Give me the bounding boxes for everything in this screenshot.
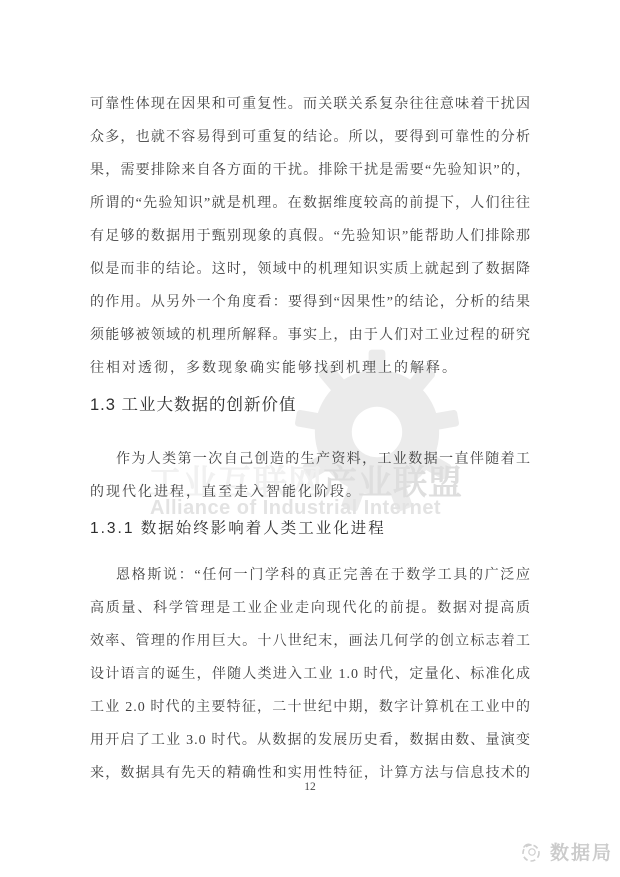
brand-name: 数据局 bbox=[550, 838, 613, 865]
text-line: 效率、管理的作用巨大。十八世纪末，画法几何学的创立标志着工程 bbox=[90, 625, 531, 658]
paragraph-engels: 恩格斯说：“任何一门学科的真正完善在于数学工具的广泛应用。” 高质量、科学管理是… bbox=[90, 559, 531, 790]
databureau-logo-icon bbox=[519, 840, 543, 864]
text-line: 所谓的“先验知识”就是机理。在数据维度较高的前提下，人们往往没 bbox=[90, 187, 531, 220]
text-line: 用开启了工业 3.0 时代。从数据的发展历史看，数据由数、量演变而 bbox=[90, 724, 531, 757]
text-line: 恩格斯说：“任何一门学科的真正完善在于数学工具的广泛应用。” bbox=[90, 559, 531, 592]
page-content: 可靠性体现在因果和可重复性。而关联关系复杂往往意味着干扰因素 众多，也就不容易得… bbox=[90, 88, 531, 790]
text-line: 的现代化进程，直至走入智能化阶段。 bbox=[90, 476, 531, 509]
text-line: 的作用。从另外一个角度看：要得到“因果性”的结论，分析的结果必 bbox=[90, 286, 531, 319]
text-line: 作为人类第一次自己创造的生产资料，工业数据一直伴随着工业 bbox=[90, 443, 531, 476]
document-page: 工业互联网产业联盟 Alliance of Industrial Interne… bbox=[0, 0, 620, 877]
brand-logo: 数据局 bbox=[519, 838, 613, 865]
text-line: 往相对透彻，多数现象确实能够找到机理上的解释。 bbox=[90, 352, 531, 385]
text-line: 可靠性体现在因果和可重复性。而关联关系复杂往往意味着干扰因素 bbox=[90, 88, 531, 121]
text-line: 果，需要排除来自各方面的干扰。排除干扰是需要“先验知识”的，而 bbox=[90, 154, 531, 187]
section-heading-1-3-1: 1.3.1 数据始终影响着人类工业化进程 bbox=[90, 517, 531, 541]
section-heading-1-3: 1.3 工业大数据的创新价值 bbox=[90, 393, 531, 417]
text-line: 众多，也就不容易得到可重复的结论。所以，要得到可靠性的分析结 bbox=[90, 121, 531, 154]
text-line: 工业 2.0 时代的主要特征，二十世纪中期，数字计算机在工业中的应 bbox=[90, 691, 531, 724]
text-line: 设计语言的诞生，伴随人类进入工业 1.0 时代，定量化、标准化成为 bbox=[90, 658, 531, 691]
text-line: 有足够的数据用于甄别现象的真假。“先验知识”能帮助人们排除那些 bbox=[90, 220, 531, 253]
text-line: 似是而非的结论。这时，领域中的机理知识实质上就起到了数据降维 bbox=[90, 253, 531, 286]
text-line: 须能够被领域的机理所解释。事实上，由于人们对工业过程的研究往 bbox=[90, 319, 531, 352]
page-number: 12 bbox=[0, 781, 620, 793]
paragraph-reliability: 可靠性体现在因果和可重复性。而关联关系复杂往往意味着干扰因素 众多，也就不容易得… bbox=[90, 88, 531, 385]
text-line: 高质量、科学管理是工业企业走向现代化的前提。数据对提高质量、 bbox=[90, 592, 531, 625]
paragraph-production-material: 作为人类第一次自己创造的生产资料，工业数据一直伴随着工业 的现代化进程，直至走入… bbox=[90, 443, 531, 509]
